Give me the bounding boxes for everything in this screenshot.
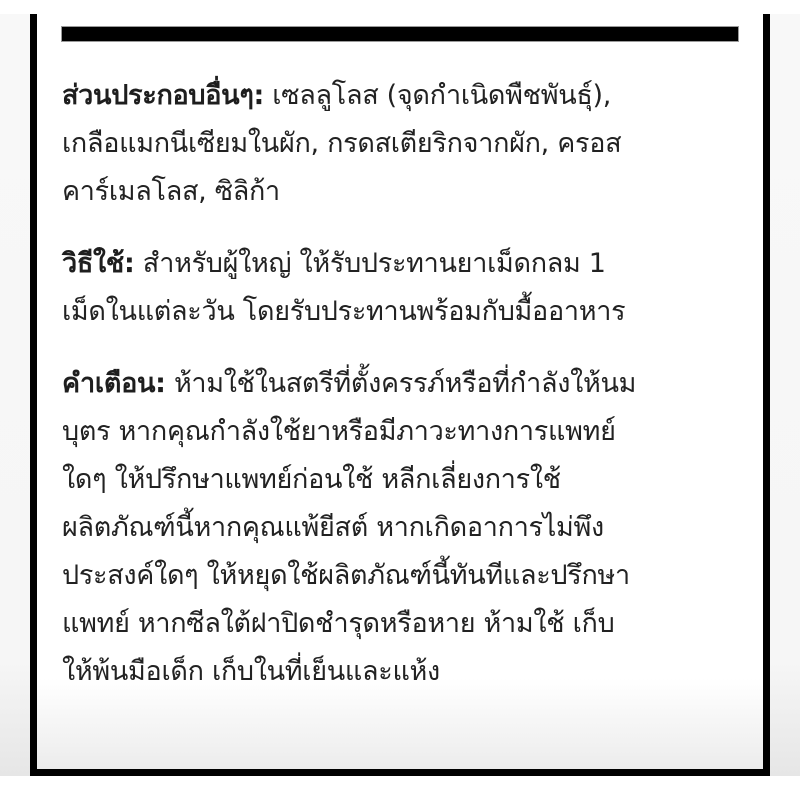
warning-line-1: คำเตือน: ห้ามใช้ในสตรีที่ตั้งครรภ์หรือที… [62,360,752,408]
label-panel: ส่วนประกอบอื่นๆ: เซลลูโลส (จุดกำเนิดพืชพ… [30,14,770,776]
ingredients-line-3: คาร์เมลโลส, ซิลิก้า [62,168,752,216]
ingredients-section: ส่วนประกอบอื่นๆ: เซลลูโลส (จุดกำเนิดพืชพ… [62,72,752,216]
ingredients-line-1: ส่วนประกอบอื่นๆ: เซลลูโลส (จุดกำเนิดพืชพ… [62,72,752,120]
warning-line-3: ใดๆ ให้ปรึกษาแพทย์ก่อนใช้ หลีกเลี่ยงการใ… [62,456,752,504]
page: ส่วนประกอบอื่นๆ: เซลลูโลส (จุดกำเนิดพืชพ… [0,0,800,800]
warning-line-2: บุตร หากคุณกำลังใช้ยาหรือมีภาวะทางการแพท… [62,408,752,456]
warning-line-7: ให้พ้นมือเด็ก เก็บในที่เย็นและแห้ง [62,648,752,696]
ingredients-line-2: เกลือแมกนีเซียมในผัก, กรดสเตียริกจากผัก,… [62,120,752,168]
directions-line-1: วิธีใช้: สำหรับผู้ใหญ่ ให้รับประทานยาเม็… [62,240,752,288]
header-bar [62,27,738,41]
directions-text: สำหรับผู้ใหญ่ ให้รับประทานยาเม็ดกลม 1 [134,248,605,279]
label-content: ส่วนประกอบอื่นๆ: เซลลูโลส (จุดกำเนิดพืชพ… [62,72,752,720]
warning-line-5: ประสงค์ใดๆ ให้หยุดใช้ผลิตภัณฑ์นี้ทันทีแล… [62,552,752,600]
warning-line-4: ผลิตภัณฑ์นี้หากคุณแพ้ยีสต์ หากเกิดอาการไ… [62,504,752,552]
warning-section: คำเตือน: ห้ามใช้ในสตรีที่ตั้งครรภ์หรือที… [62,360,752,696]
ingredients-label: ส่วนประกอบอื่นๆ: [62,80,264,111]
directions-label: วิธีใช้: [62,248,134,279]
ingredients-text: เซลลูโลส (จุดกำเนิดพืชพันธุ์), [264,80,611,111]
warning-line-6: แพทย์ หากซีลใต้ฝาปิดชำรุดหรือหาย ห้ามใช้… [62,600,752,648]
directions-line-2: เม็ดในแต่ละวัน โดยรับประทานพร้อมกับมื้ออ… [62,288,752,336]
warning-label: คำเตือน: [62,368,166,399]
warning-text: ห้ามใช้ในสตรีที่ตั้งครรภ์หรือที่กำลังให้… [166,368,636,399]
directions-section: วิธีใช้: สำหรับผู้ใหญ่ ให้รับประทานยาเม็… [62,240,752,336]
